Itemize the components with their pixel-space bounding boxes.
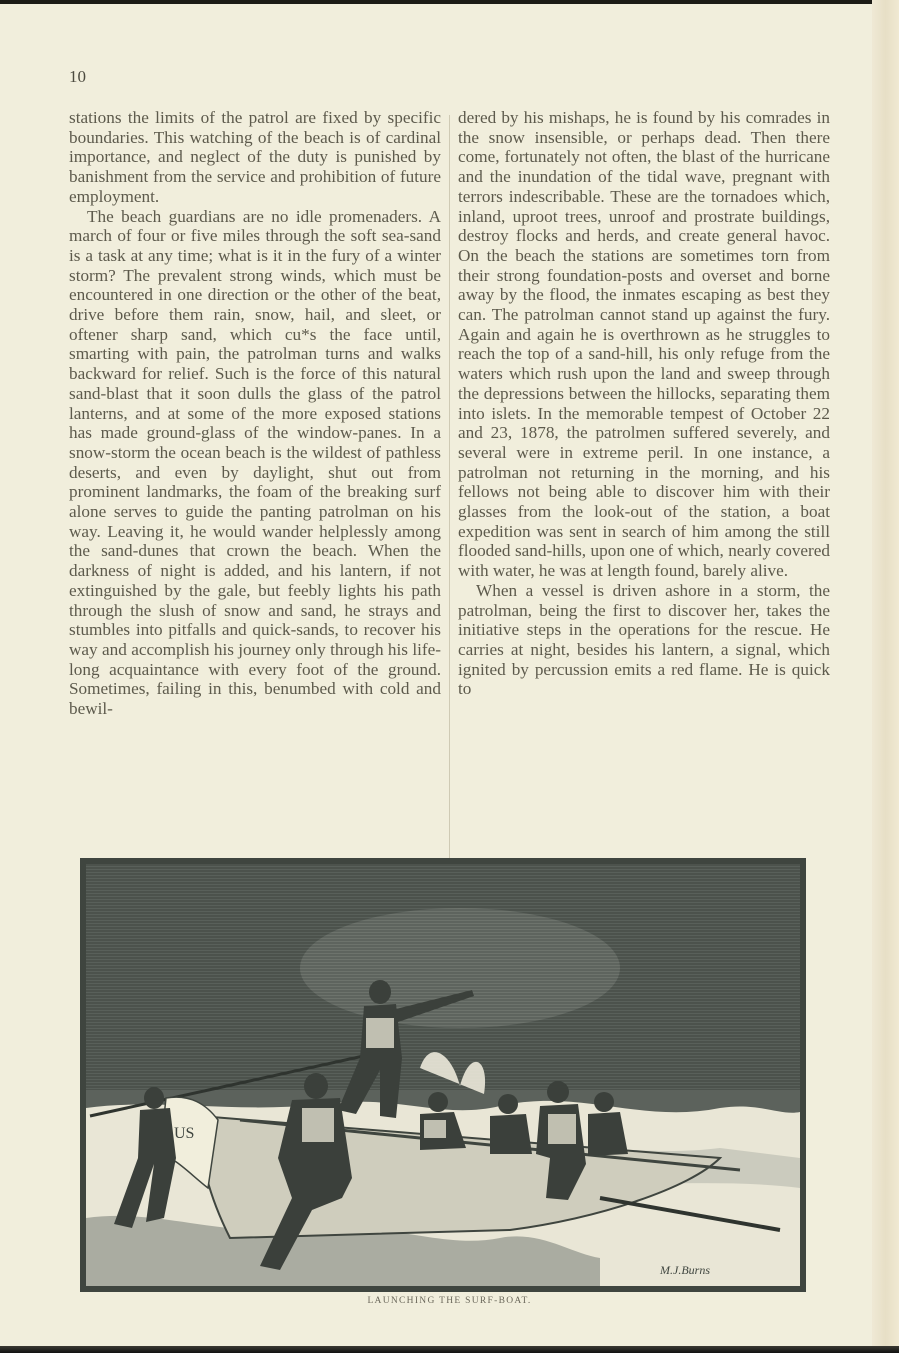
text-column-right: dered by his mishaps, he is found by his…: [458, 108, 830, 699]
paragraph: When a vessel is driven ashore in a stor…: [458, 581, 830, 699]
paragraph: stations the limits of the patrol are fi…: [69, 108, 441, 207]
scan-top-edge: [0, 0, 899, 4]
scan-bottom-edge: [0, 1346, 899, 1353]
paragraph: The beach guardians are no idle promenad…: [69, 207, 441, 719]
page-gutter-edge: [872, 0, 899, 1353]
boat-marking-text: US: [174, 1125, 194, 1142]
paragraph: dered by his mishaps, he is found by his…: [458, 108, 830, 581]
engraving-illustration: US M: [80, 858, 806, 1292]
surf-boat-engraving: US M: [80, 858, 806, 1292]
text-column-left: stations the limits of the patrol are fi…: [69, 108, 441, 719]
figure-caption: LAUNCHING THE SURF-BOAT.: [0, 1296, 899, 1306]
column-divider: [449, 115, 450, 861]
page-number: 10: [69, 67, 86, 87]
artist-signature: M.J.Burns: [659, 1263, 710, 1277]
